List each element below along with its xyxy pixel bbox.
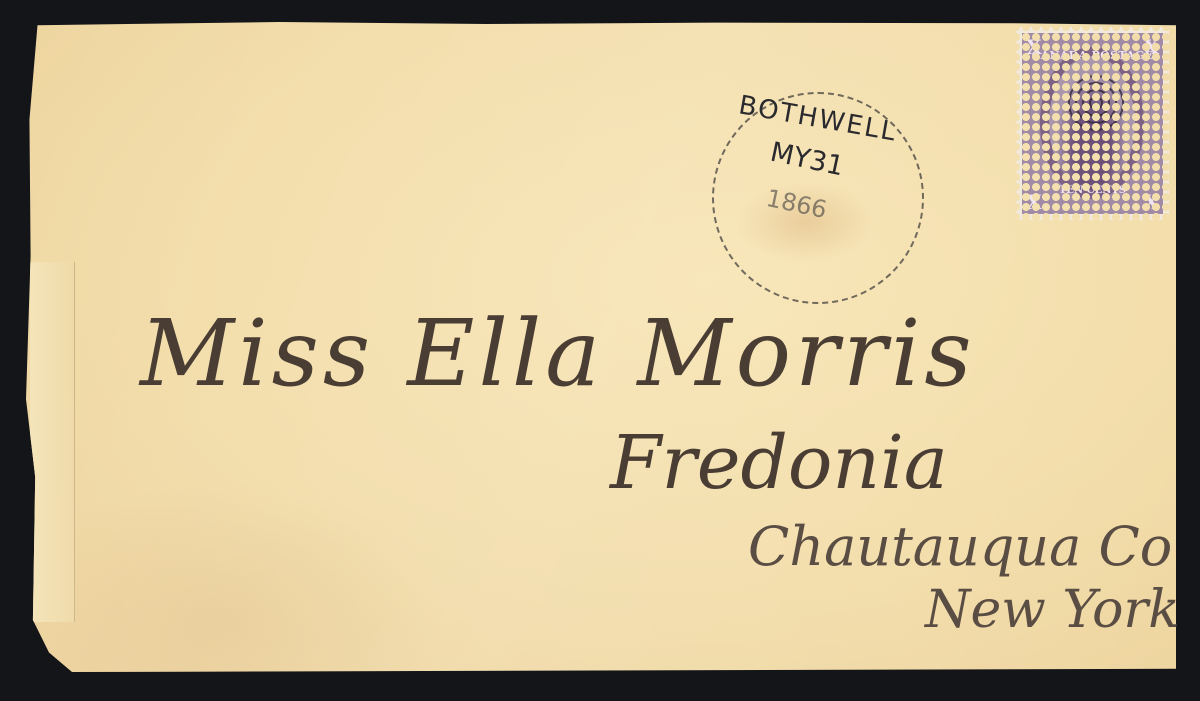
stamp-corner-numeral: X [1143,190,1159,214]
stamp-corner-numeral: X [1143,35,1159,59]
postmark-date: MY31 [768,137,847,183]
stamp-corner-numeral: X [1026,190,1042,214]
stamp-top-text: CANADA POSTAGE [1022,49,1163,62]
address-county: Chautauqua Co [748,515,1172,578]
torn-flap-edge [30,262,75,622]
circular-datestamp: BOTHWELL MY31 1866 [712,92,924,304]
address-state: New York [925,580,1180,640]
stamp-bottom-text: TEN CENTS [1022,185,1163,196]
postage-stamp: CANADA POSTAGE TEN CENTS X X X X [1016,27,1169,220]
stamp-corner-numeral: X [1026,35,1042,59]
postmark-year: 1866 [764,184,830,224]
address-name: Miss Ella Morris [140,300,976,407]
address-city: Fredonia [610,420,948,506]
target-cancel-mark [1066,73,1126,133]
